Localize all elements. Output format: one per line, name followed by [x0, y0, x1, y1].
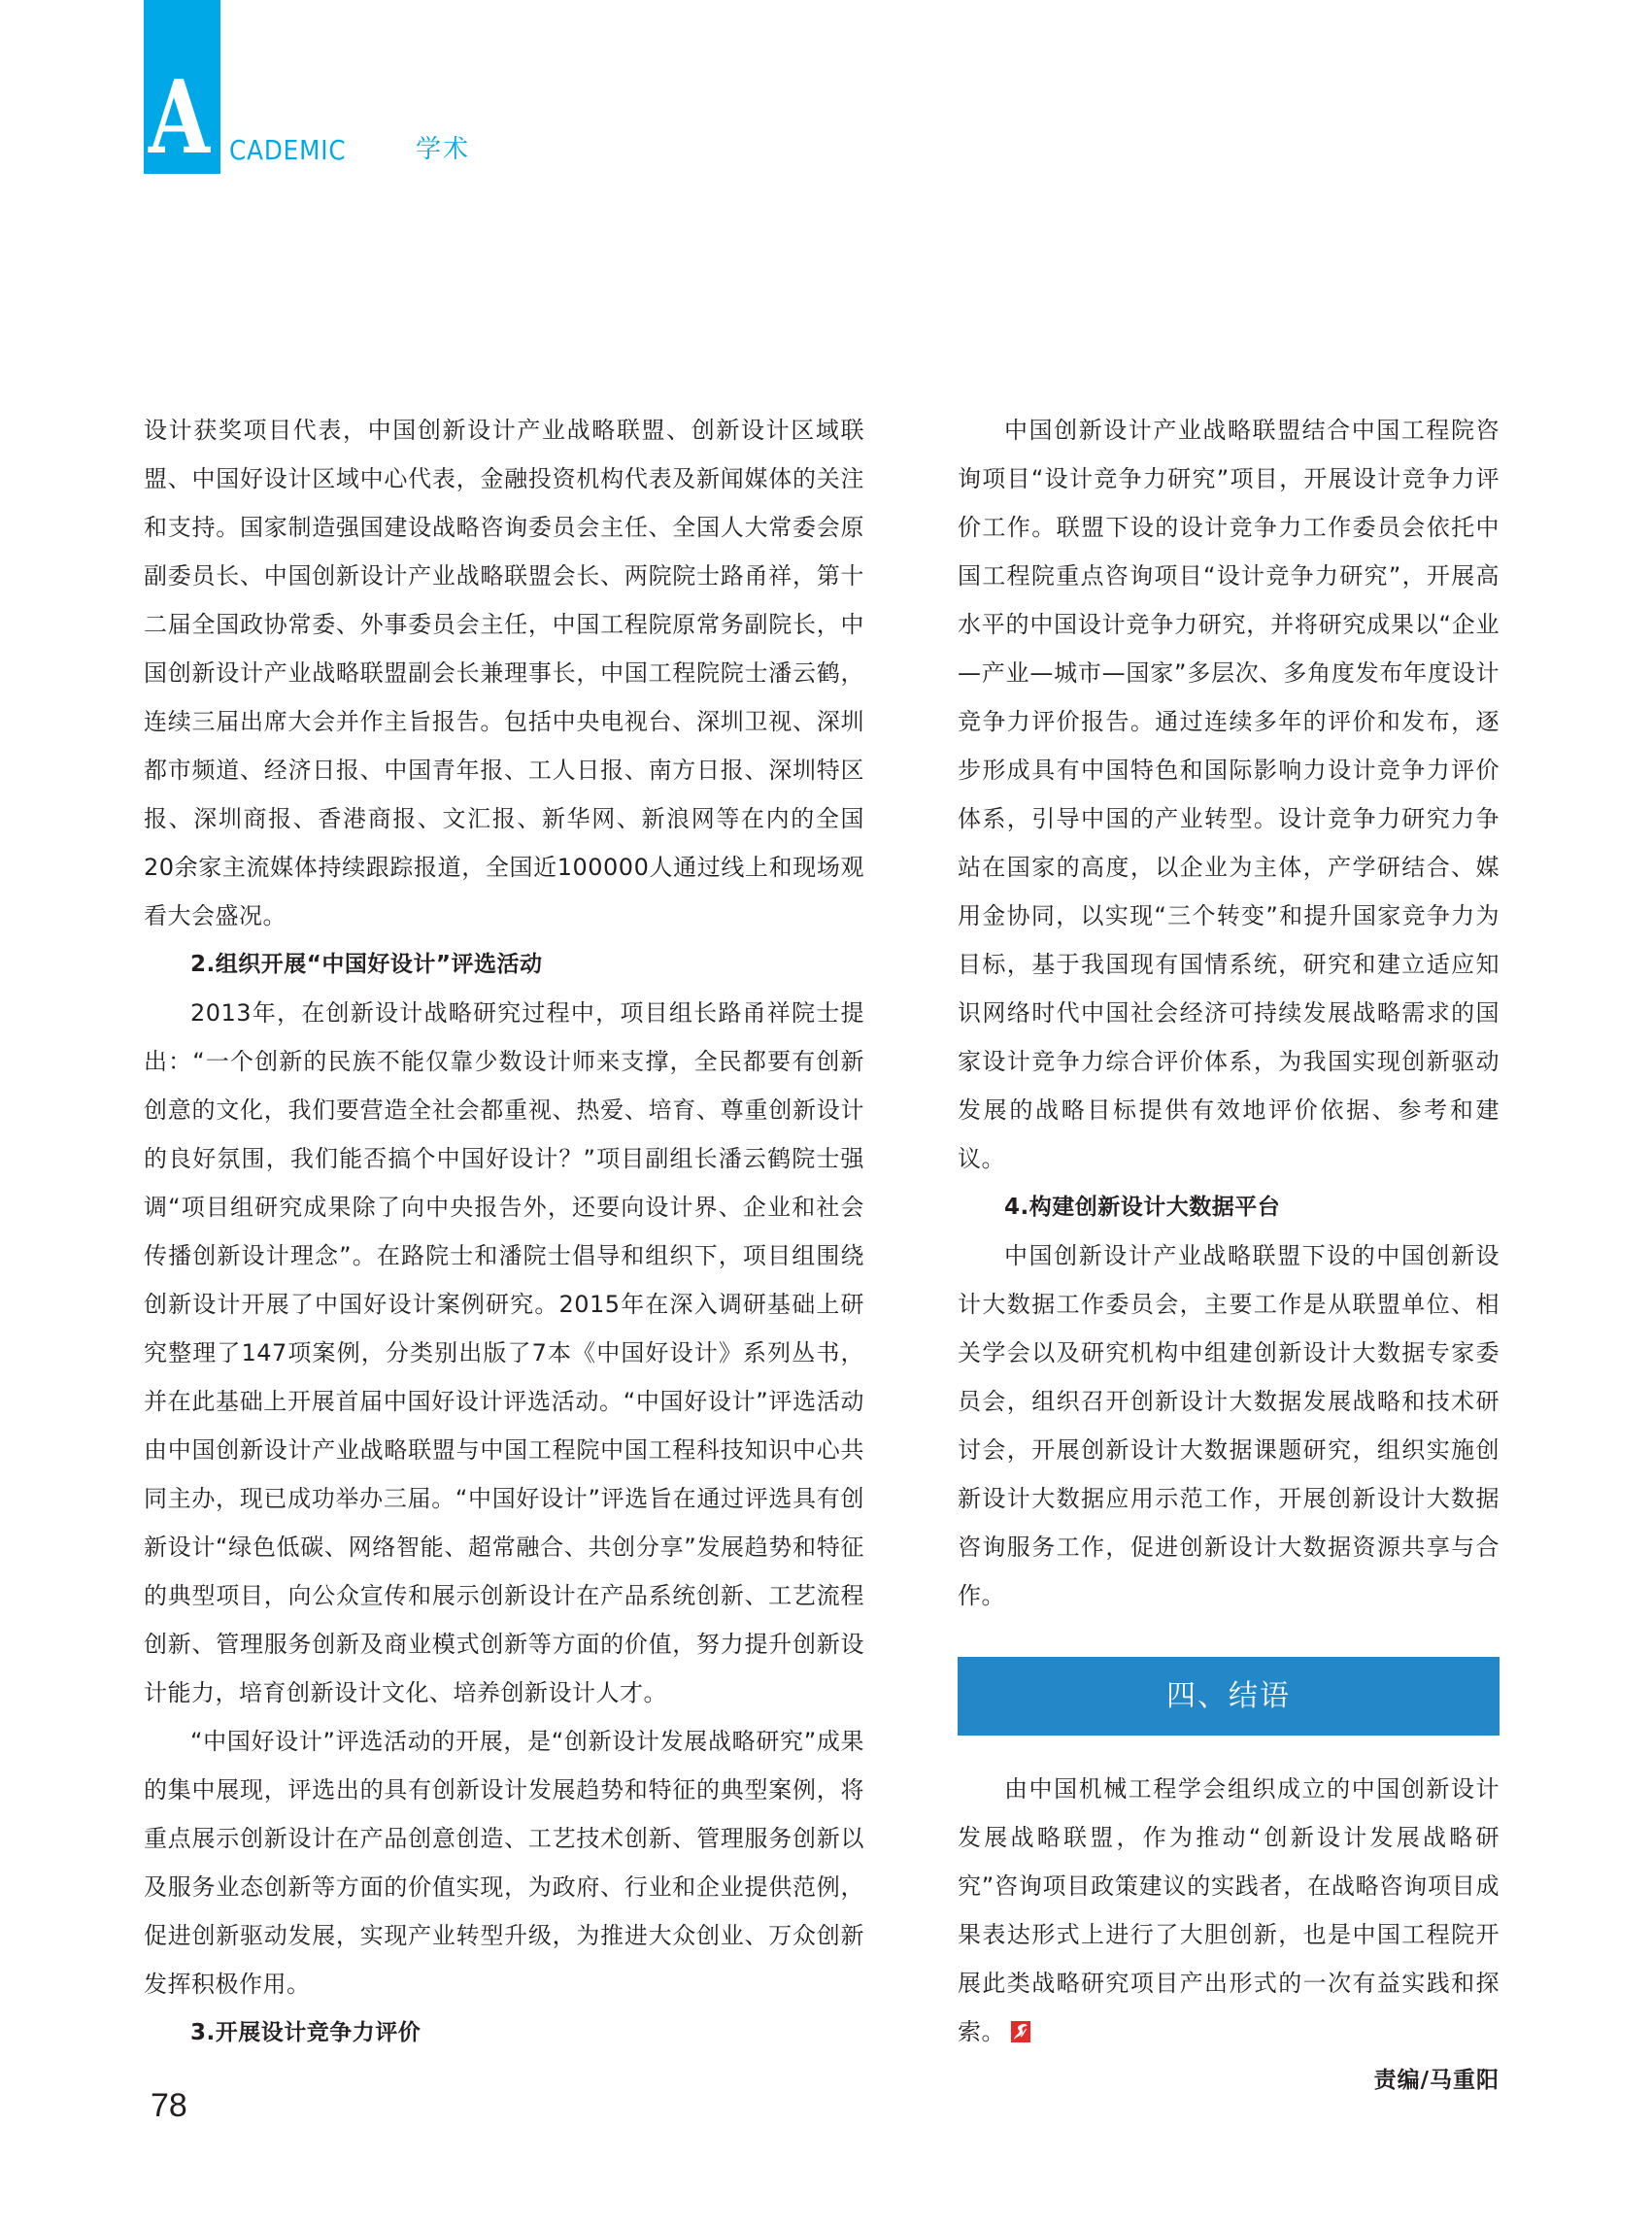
masthead-section-label: 学术	[416, 134, 470, 165]
editor-credit: 责编/马重阳	[958, 2056, 1500, 2105]
paragraph: 设计获奖项目代表，中国创新设计产业战略联盟、创新设计区域联盟、中国好设计区域中心…	[144, 406, 864, 940]
journal-end-mark-icon	[1011, 2021, 1030, 2042]
subsection-heading: 4.构建创新设计大数据平台	[958, 1183, 1500, 1231]
paragraph: 中国创新设计产业战略联盟下设的中国创新设计大数据工作委员会，主要工作是从联盟单位…	[958, 1231, 1500, 1620]
paragraph: 2013年，在创新设计战略研究过程中，项目组长路甬祥院士提出：“一个创新的民族不…	[144, 989, 864, 1717]
paragraph: 中国创新设计产业战略联盟结合中国工程院咨询项目“设计竞争力研究”项目，开展设计竞…	[958, 406, 1500, 1183]
section-heading-banner: 四、结语	[958, 1657, 1500, 1736]
conclusion-text: 由中国机械工程学会组织成立的中国创新设计发展战略联盟，作为推动“创新设计发展战略…	[958, 1775, 1500, 2045]
right-column: 中国创新设计产业战略联盟结合中国工程院咨询项目“设计竞争力研究”项目，开展设计竞…	[958, 406, 1500, 2105]
paragraph: “中国好设计”评选活动的开展，是“创新设计发展战略研究”成果的集中展现，评选出的…	[144, 1717, 864, 2008]
masthead-logo-letter: A	[149, 74, 208, 161]
conclusion-paragraph: 由中国机械工程学会组织成立的中国创新设计发展战略联盟，作为推动“创新设计发展战略…	[958, 1765, 1500, 2056]
subsection-heading: 2.组织开展“中国好设计”评选活动	[144, 940, 864, 989]
subsection-heading: 3.开展设计竞争力评价	[144, 2008, 864, 2057]
page-number: 78	[151, 2086, 187, 2125]
left-column: 设计获奖项目代表，中国创新设计产业战略联盟、创新设计区域联盟、中国好设计区域中心…	[144, 406, 864, 2057]
section-heading-text: 四、结语	[1166, 1679, 1291, 1713]
masthead-logo-word: CADEMIC	[229, 136, 347, 165]
